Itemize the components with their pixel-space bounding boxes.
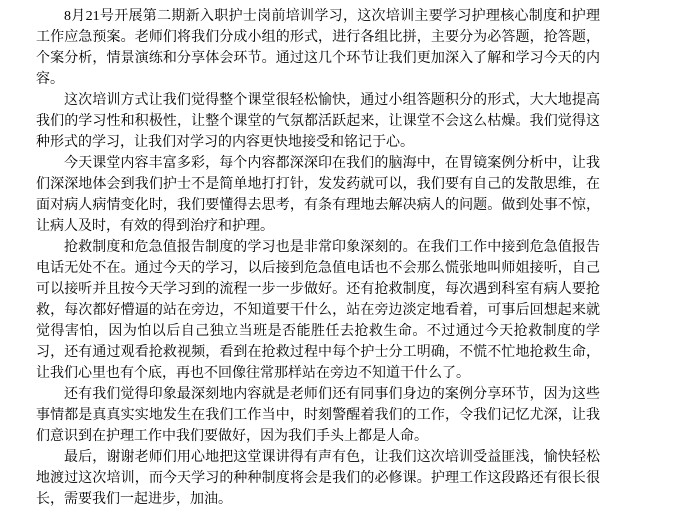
paragraph-6: 最后，谢谢老师们用心地把这堂课讲得有声有色，让我们这次培训受益匪浅，愉快轻松地渡… <box>36 447 600 510</box>
paragraph-1: 8月21号开展第二期新入职护士岗前培训学习，这次培训主要学习护理核心制度和护理工… <box>36 6 600 90</box>
paragraph-4: 抢救制度和危急值报告制度的学习也是非常印象深刻的。在我们工作中接到危急值报告电话… <box>36 237 600 384</box>
document-page: 8月21号开展第二期新入职护士岗前培训学习，这次培训主要学习护理核心制度和护理工… <box>0 0 674 520</box>
paragraph-2: 这次培训方式让我们觉得整个课堂很轻松愉快，通过小组答题积分的形式，大大地提高我们… <box>36 90 600 153</box>
paragraph-5: 还有我们觉得印象最深刻地内容就是老师们还有同事们身边的案例分享环节，因为这些事情… <box>36 384 600 447</box>
paragraph-3: 今天课堂内容丰富多彩，每个内容都深深印在我们的脑海中，在胃镜案例分析中，让我们深… <box>36 153 600 237</box>
